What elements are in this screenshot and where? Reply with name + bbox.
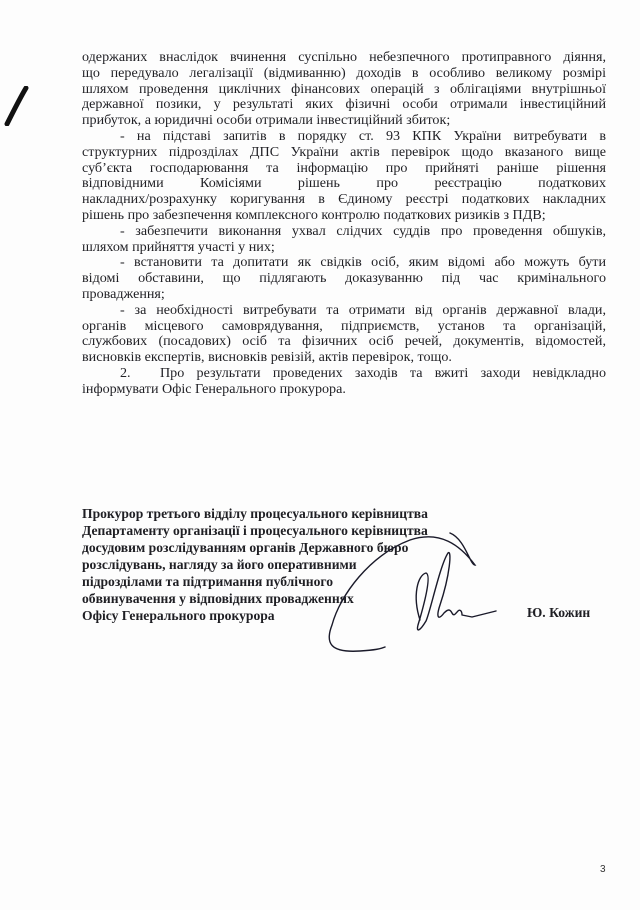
signatory-title-line: Прокурор третього відділу процесуального… (82, 505, 502, 522)
document-body: одержаних внаслідок вчинення суспільно н… (82, 50, 606, 398)
body-line: інформувати Офіс Генерального прокурора. (82, 382, 606, 398)
body-line: відомі обставини, що підлягають доказува… (82, 271, 606, 287)
numbered-item-2: 2. Про результати проведених заходів та … (82, 366, 606, 382)
body-line: суб’єкта господарювання та інформацію пр… (82, 161, 606, 177)
scan-margin-mark-icon (4, 86, 30, 126)
body-line: структурних підрозділах ДПС України акті… (82, 145, 606, 161)
page-number: 3 (600, 864, 606, 875)
item-text: Про результати проведених заходів та вжи… (160, 366, 606, 382)
handwritten-signature-icon (300, 525, 500, 665)
list-item-request-acts: - на підставі запитів в порядку ст. 93 К… (82, 129, 606, 145)
list-item-witnesses: - встановити та допитати як свідків осіб… (82, 255, 606, 271)
body-line: державної позики, у результаті яких фізи… (82, 97, 606, 113)
body-line: органів місцевого самоврядування, підпри… (82, 319, 606, 335)
list-item-obtain-documents: - за необхідності витребувати та отримат… (82, 303, 606, 319)
body-line: відповідними Комісіями рішень про реєстр… (82, 176, 606, 192)
body-line: висновків експертів, висновків ревізій, … (82, 350, 606, 366)
body-line: шляхом проведення циклічних фінансових о… (82, 82, 606, 98)
body-line: шляхом прийняття участі у них; (82, 240, 606, 256)
body-line: прибуток, а юридичні особи отримали інве… (82, 113, 606, 129)
body-line: що передувало легалізації (відмиванню) д… (82, 66, 606, 82)
document-page: одержаних внаслідок вчинення суспільно н… (0, 0, 640, 910)
body-line: провадження; (82, 287, 606, 303)
body-line: одержаних внаслідок вчинення суспільно н… (82, 50, 606, 66)
signer-name: Ю. Кожин (527, 604, 590, 621)
item-number: 2. (120, 366, 160, 382)
body-line: рішень про забезпечення комплексного кон… (82, 208, 606, 224)
body-line: накладних/розрахунку коригування в Єдино… (82, 192, 606, 208)
list-item-searches: - забезпечити виконання ухвал слідчих су… (82, 224, 606, 240)
body-line: службових (посадових) осіб та фізичних о… (82, 334, 606, 350)
